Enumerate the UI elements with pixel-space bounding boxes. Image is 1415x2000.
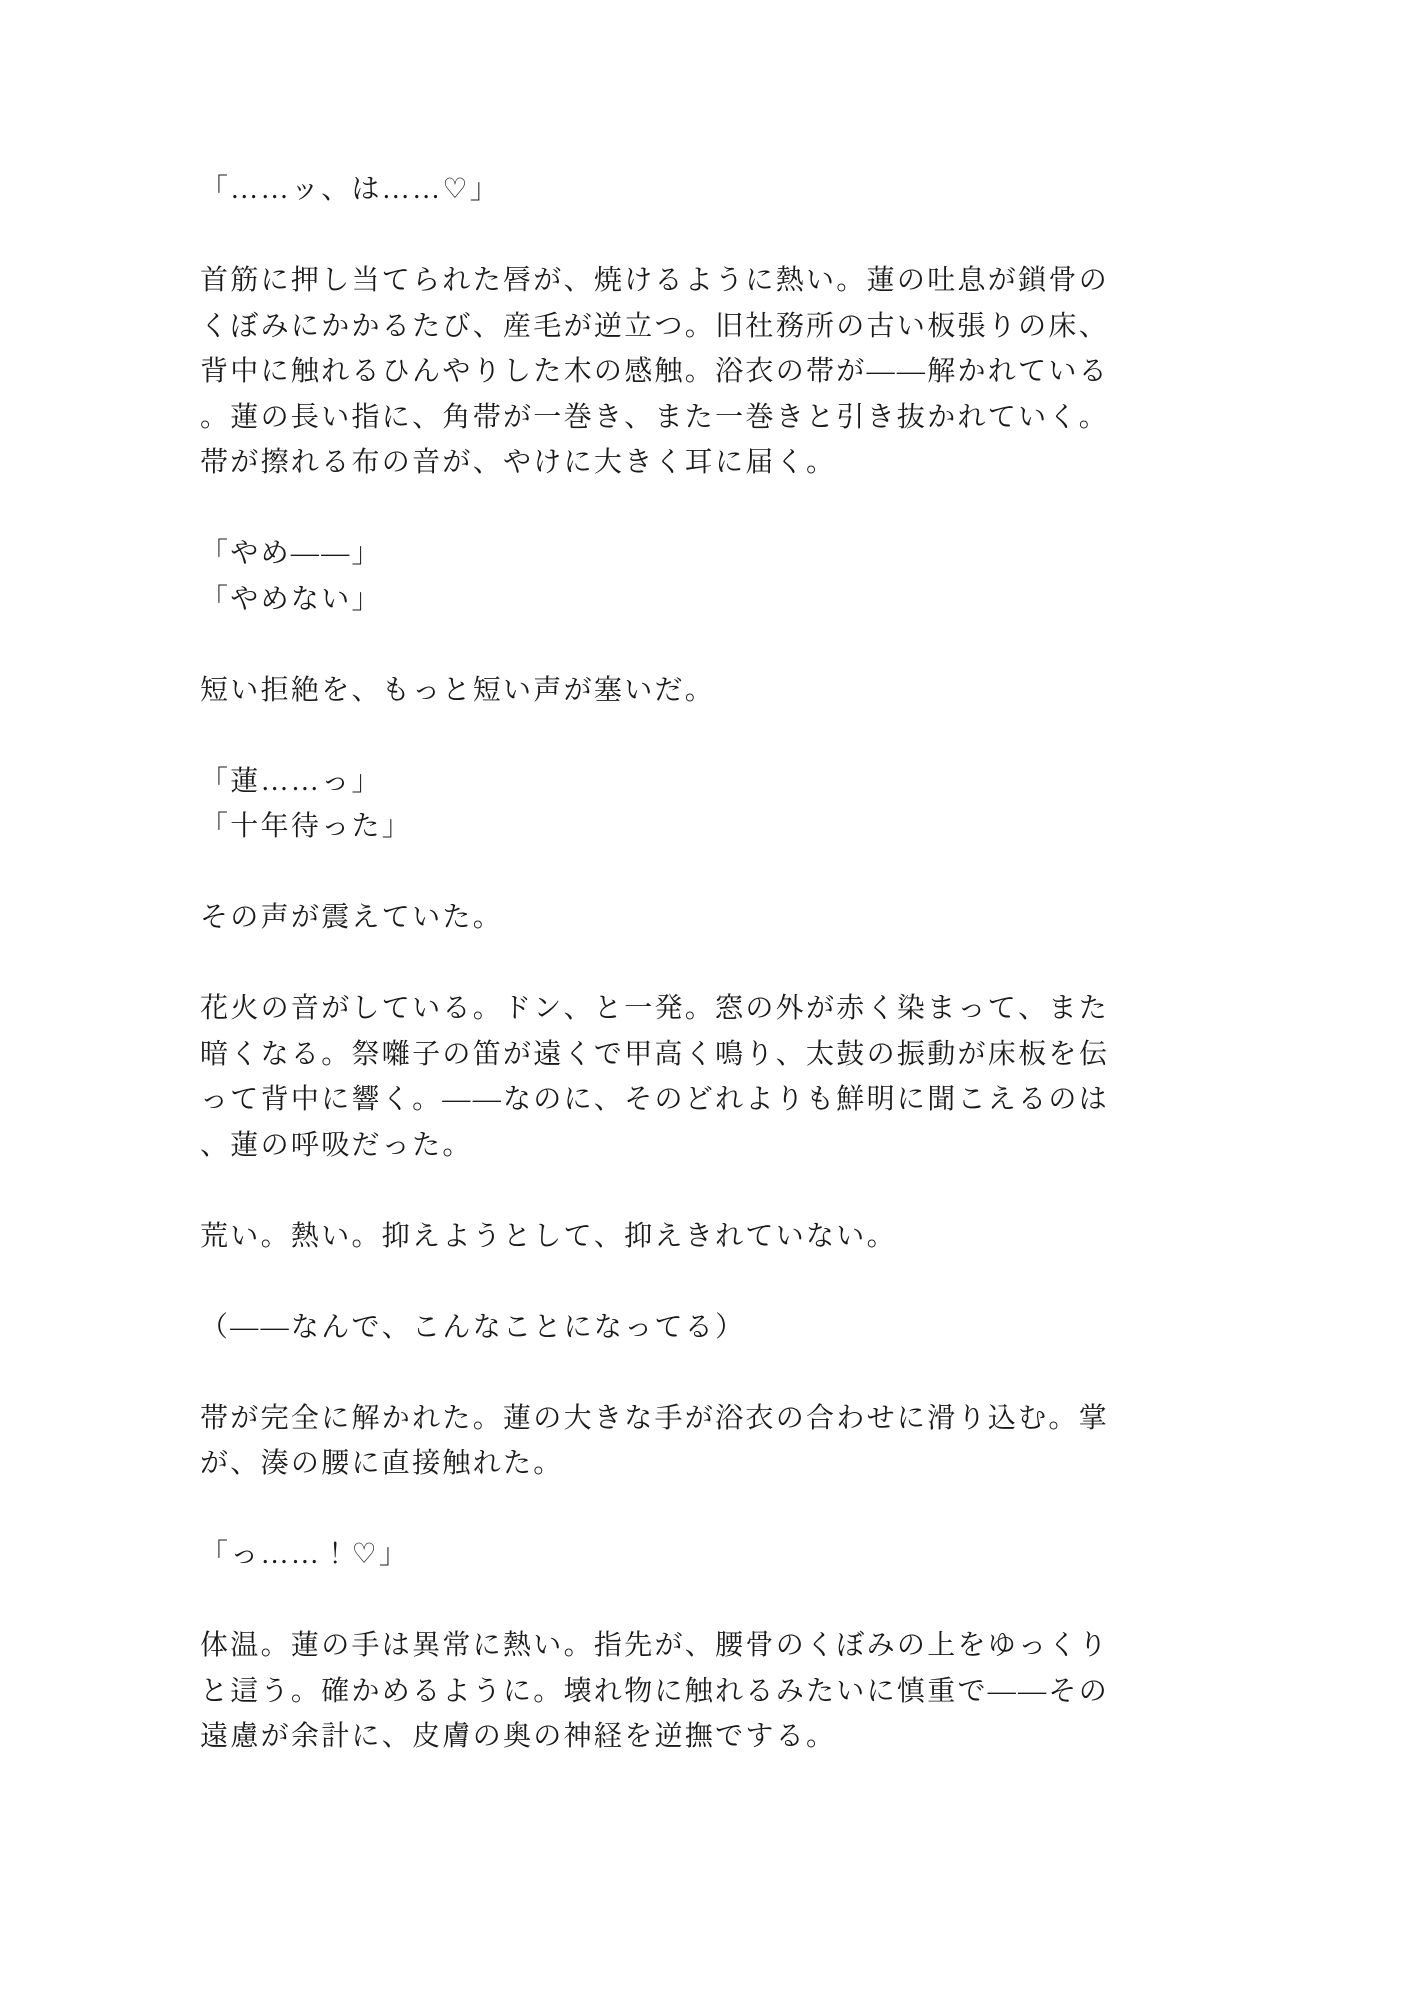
blank-line [200,1578,1130,1624]
narration-line: 花火の音がしている。ドン、と一発。窓の外が赤く染まって、また [200,986,1130,1032]
dialogue-line: 「っ……！♡」 [200,1532,1130,1578]
blank-line [200,213,1130,259]
blank-line [200,1350,1130,1396]
dialogue-line: 「十年待った」 [200,804,1130,850]
narration-line: その声が震えていた。 [200,895,1130,941]
thought-line: （――なんで、こんなことになってる） [200,1305,1130,1351]
narration-line: 。蓮の長い指に、角帯が一巻き、また一巻きと引き抜かれていく。 [200,395,1130,441]
text-column: 「……ッ、は……♡」首筋に押し当てられた唇が、焼けるように熱い。蓮の吐息が鎖骨の… [200,167,1130,1760]
narration-line: 、蓮の呼吸だった。 [200,1123,1130,1169]
narration-line: 首筋に押し当てられた唇が、焼けるように熱い。蓮の吐息が鎖骨の [200,258,1130,304]
blank-line [200,1259,1130,1305]
narration-line: 体温。蓮の手は異常に熱い。指先が、腰骨のくぼみの上をゆっくり [200,1623,1130,1669]
narration-line: と這う。確かめるように。壊れ物に触れるみたいに慎重で――その [200,1669,1130,1715]
narration-line: 帯が完全に解かれた。蓮の大きな手が浴衣の合わせに滑り込む。掌 [200,1396,1130,1442]
blank-line [200,850,1130,896]
blank-line [200,713,1130,759]
dialogue-line: 「やめ――」 [200,531,1130,577]
novel-page: 「……ッ、は……♡」首筋に押し当てられた唇が、焼けるように熱い。蓮の吐息が鎖骨の… [0,0,1415,2000]
narration-line: が、湊の腰に直接触れた。 [200,1441,1130,1487]
dialogue-line: 「蓮……っ」 [200,759,1130,805]
dialogue-line: 「……ッ、は……♡」 [200,167,1130,213]
blank-line [200,1168,1130,1214]
narration-line: 背中に触れるひんやりした木の感触。浴衣の帯が――解かれている [200,349,1130,395]
narration-line: って背中に響く。――なのに、そのどれよりも鮮明に聞こえるのは [200,1077,1130,1123]
narration-line: 短い拒絶を、もっと短い声が塞いだ。 [200,668,1130,714]
narration-line: 荒い。熱い。抑えようとして、抑えきれていない。 [200,1214,1130,1260]
blank-line [200,1487,1130,1533]
narration-line: 暗くなる。祭囃子の笛が遠くで甲高く鳴り、太鼓の振動が床板を伝 [200,1032,1130,1078]
blank-line [200,622,1130,668]
blank-line [200,486,1130,532]
blank-line [200,941,1130,987]
narration-line: 遠慮が余計に、皮膚の奥の神経を逆撫でする。 [200,1714,1130,1760]
narration-line: 帯が擦れる布の音が、やけに大きく耳に届く。 [200,440,1130,486]
dialogue-line: 「やめない」 [200,577,1130,623]
narration-line: くぼみにかかるたび、産毛が逆立つ。旧社務所の古い板張りの床、 [200,304,1130,350]
